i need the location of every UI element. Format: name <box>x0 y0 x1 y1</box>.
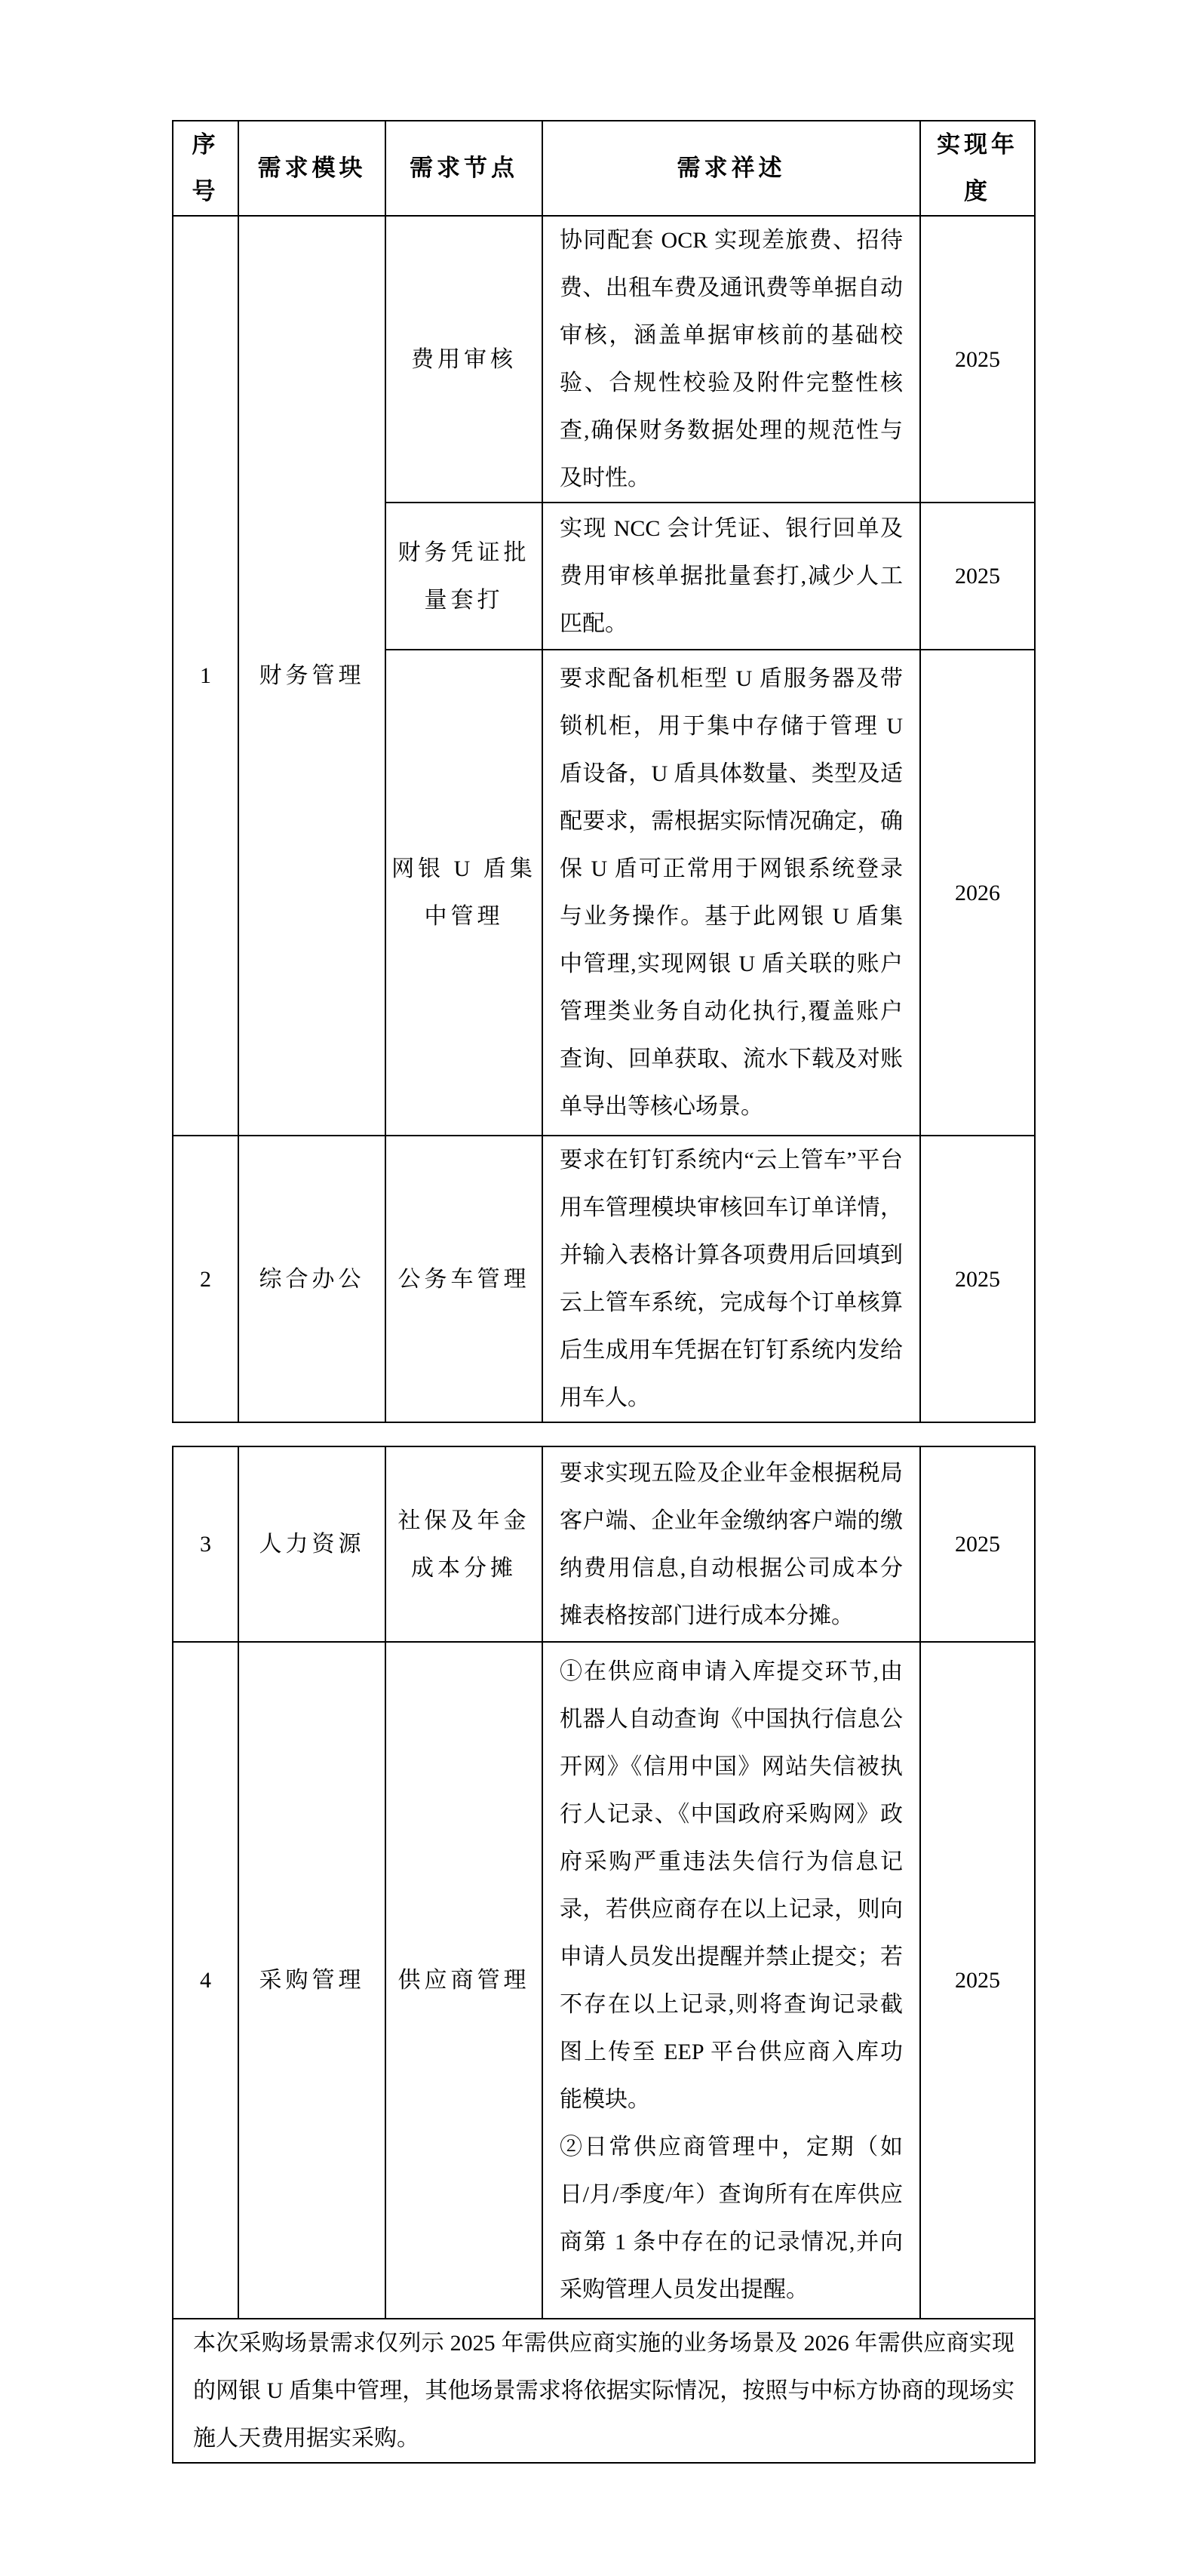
cell-seq-2: 2 <box>173 1136 238 1422</box>
cell-year-social-insurance: 2025 <box>920 1446 1035 1642</box>
cell-module-hr: 人力资源 <box>238 1446 385 1642</box>
supplier-desc-paragraph-1: ①在供应商申请入库提交环节,由机器人自动查询《中国执行信息公开网》《信用中国》网… <box>560 1648 903 2123</box>
cell-node-social-insurance: 社保及年金 成本分摊 <box>385 1446 542 1642</box>
document-page: { "colors": { "page_background": "#fffff… <box>0 0 1197 2576</box>
header-node: 需求节点 <box>385 121 542 216</box>
table-header-row: 序 号 需求模块 需求节点 需求祥述 实现年 度 <box>173 121 1035 216</box>
table-row-official-car: 2 综合办公 公务车管理 要求在钉钉系统内“云上管车”平台用车管理模块审核回车订… <box>173 1136 1035 1422</box>
cell-year-ukey-management: 2026 <box>920 650 1035 1136</box>
requirements-table-lower: 3 人力资源 社保及年金 成本分摊 要求实现五险及企业年金根据税局客户端、企业年… <box>172 1446 1036 2464</box>
table-row-social-insurance: 3 人力资源 社保及年金 成本分摊 要求实现五险及企业年金根据税局客户端、企业年… <box>173 1446 1035 1642</box>
cell-seq-3: 3 <box>173 1446 238 1642</box>
cell-node-voucher-batch-print: 财务凭证批 量套打 <box>385 503 542 650</box>
footer-note: 本次采购场景需求仅列示 2025 年需供应商实施的业务场景及 2026 年需供应… <box>173 2319 1035 2463</box>
header-year: 实现年 度 <box>920 121 1035 216</box>
cell-desc-social-insurance: 要求实现五险及企业年金根据税局客户端、企业年金缴纳客户端的缴纳费用信息,自动根据… <box>542 1446 920 1642</box>
cell-desc-ukey-management: 要求配备机柜型 U 盾服务器及带锁机柜，用于集中存储于管理 U 盾设备，U 盾具… <box>542 650 920 1136</box>
cell-seq-4: 4 <box>173 1642 238 2319</box>
cell-node-ukey-management: 网银 U 盾集 中管理 <box>385 650 542 1136</box>
cell-module-procurement: 采购管理 <box>238 1642 385 2319</box>
cell-desc-official-car: 要求在钉钉系统内“云上管车”平台用车管理模块审核回车订单详情，并输入表格计算各项… <box>542 1136 920 1422</box>
cell-year-official-car: 2025 <box>920 1136 1035 1422</box>
cell-node-supplier-management: 供应商管理 <box>385 1642 542 2319</box>
table-row-expense-audit: 1 财务管理 费用审核 协同配套 OCR 实现差旅费、招待费、出租车费及通讯费等… <box>173 216 1035 503</box>
cell-year-voucher-batch-print: 2025 <box>920 503 1035 650</box>
table-row-supplier-management: 4 采购管理 供应商管理 ①在供应商申请入库提交环节,由机器人自动查询《中国执行… <box>173 1642 1035 2319</box>
cell-module-general-office: 综合办公 <box>238 1136 385 1422</box>
header-desc: 需求祥述 <box>542 121 920 216</box>
supplier-desc-paragraph-2: ②日常供应商管理中，定期（如日/月/季度/年）查询所有在库供应商第 1 条中存在… <box>560 2123 903 2313</box>
table-footer-note-row: 本次采购场景需求仅列示 2025 年需供应商实施的业务场景及 2026 年需供应… <box>173 2319 1035 2463</box>
cell-desc-supplier-management: ①在供应商申请入库提交环节,由机器人自动查询《中国执行信息公开网》《信用中国》网… <box>542 1642 920 2319</box>
cell-seq-1: 1 <box>173 216 238 1136</box>
header-module: 需求模块 <box>238 121 385 216</box>
cell-module-finance: 财务管理 <box>238 216 385 1136</box>
requirements-table-upper: 序 号 需求模块 需求节点 需求祥述 实现年 度 1 财务管理 费用审核 协同配… <box>172 120 1036 1423</box>
cell-node-official-car: 公务车管理 <box>385 1136 542 1422</box>
cell-desc-expense-audit: 协同配套 OCR 实现差旅费、招待费、出租车费及通讯费等单据自动审核，涵盖单据审… <box>542 216 920 503</box>
cell-year-supplier-management: 2025 <box>920 1642 1035 2319</box>
header-seq: 序 号 <box>173 121 238 216</box>
cell-desc-voucher-batch-print: 实现 NCC 会计凭证、银行回单及费用审核单据批量套打,减少人工匹配。 <box>542 503 920 650</box>
cell-year-expense-audit: 2025 <box>920 216 1035 503</box>
cell-node-expense-audit: 费用审核 <box>385 216 542 503</box>
